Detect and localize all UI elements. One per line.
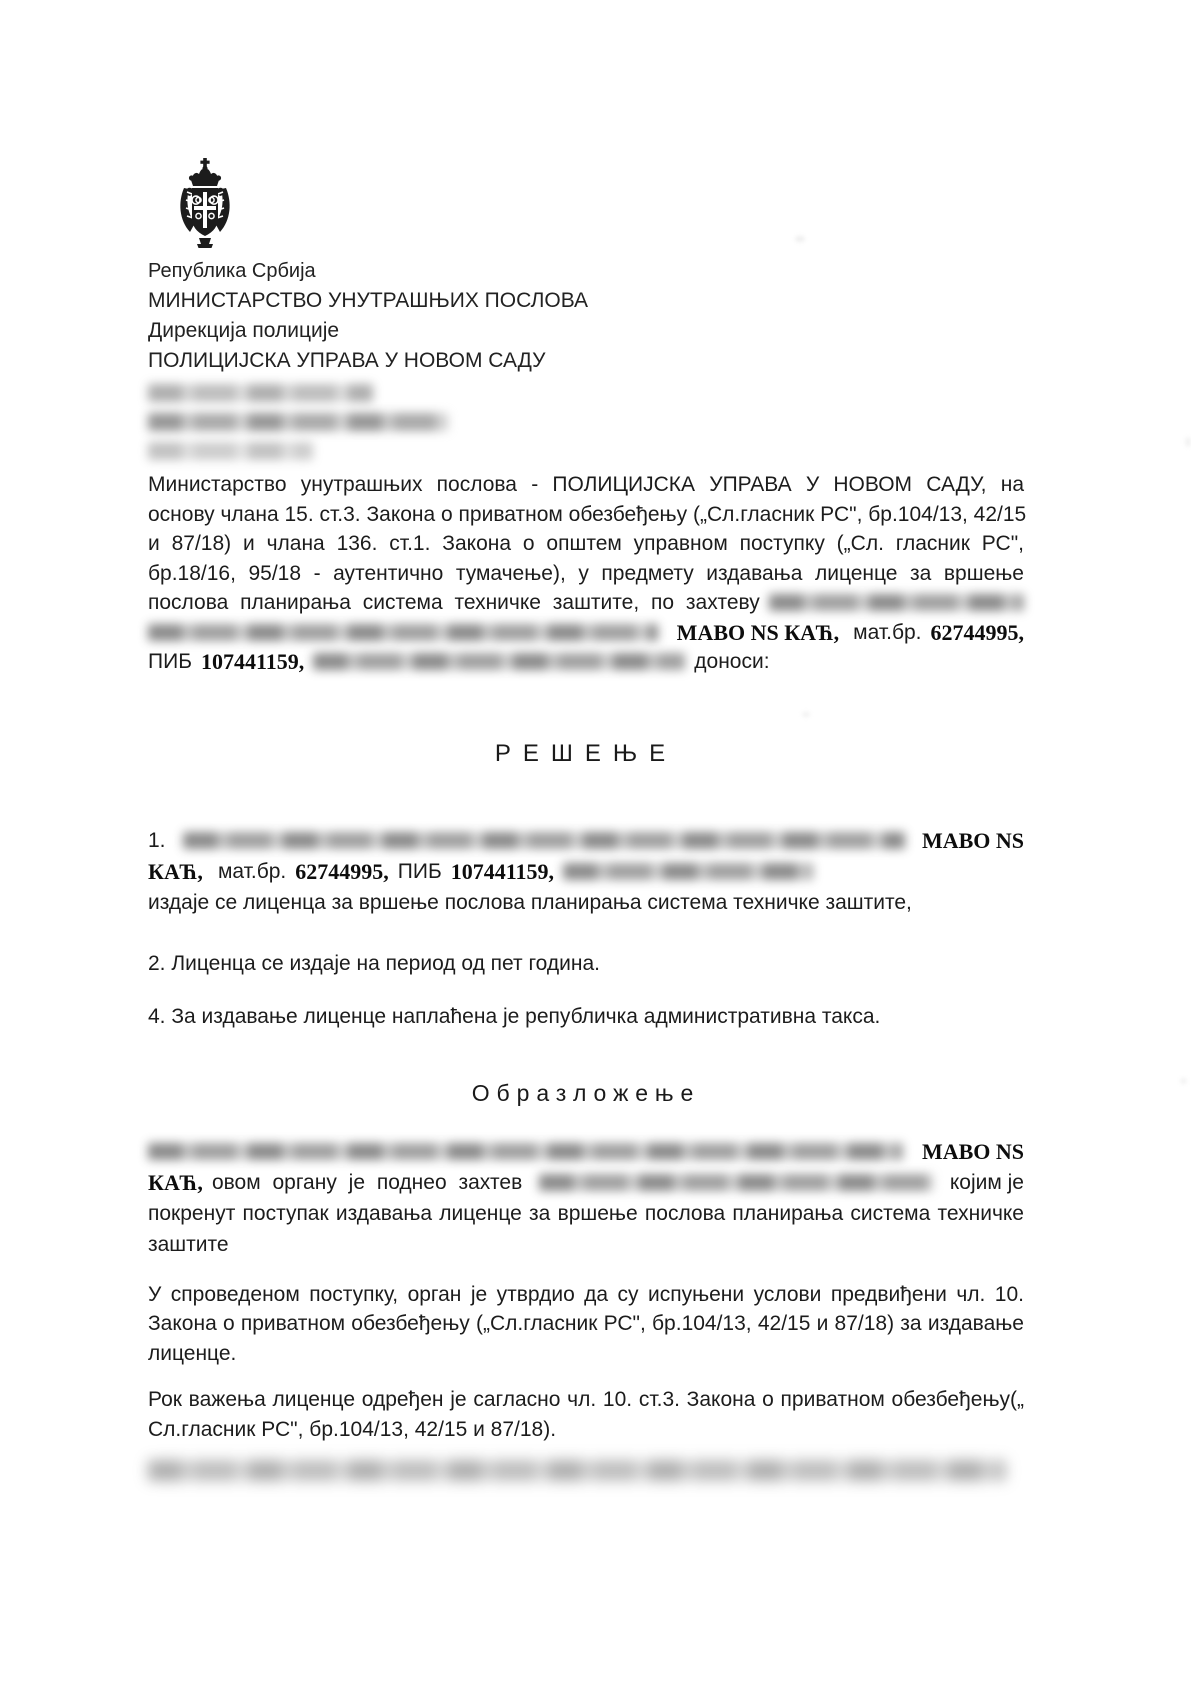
scan-speck — [1180, 1078, 1187, 1084]
explanation-line: лиценце. — [148, 1339, 1024, 1369]
explanation-text: којим је — [950, 1167, 1024, 1198]
resolution-item-4: 4. За издавање лиценце наплаћена је репу… — [148, 1001, 1024, 1032]
explanation-line: Рок важења лиценце одређен је сагласно ч… — [148, 1385, 1024, 1415]
company-name: КАЋ, — [148, 856, 203, 887]
explanation-line: Закона о приватном обезбеђењу („Сл.гласн… — [148, 1309, 1024, 1339]
intro-line: ПИБ 107441159, доноси: — [148, 647, 1024, 677]
explanation-line: заштите — [148, 1229, 1024, 1260]
document-content: Република Србија МИНИСТАРСТВО УНУТРАШЊИХ… — [148, 158, 1024, 1481]
redacted-meta-block — [148, 384, 1024, 460]
pib-label: ПИБ — [148, 647, 192, 677]
letterhead: Република Србија МИНИСТАРСТВО УНУТРАШЊИХ… — [148, 256, 1024, 376]
explanation-line: У спроведеном поступку, орган је утврдио… — [148, 1280, 1024, 1310]
intro-line: и 87/18) и члана 136. ст.1. Закона о опш… — [148, 529, 1024, 559]
pib-value: 107441159, — [451, 856, 554, 887]
intro-line: Министарство унутрашњих послова - ПОЛИЦИ… — [148, 470, 1024, 500]
intro-line: послова планирања система техничке зашти… — [148, 588, 1024, 618]
matbr-value: 62744995, — [931, 618, 1025, 648]
explanation-paragraph-2: У спроведеном поступку, орган је утврдио… — [148, 1280, 1024, 1369]
item1-line: КАЋ, мат.бр. 62744995, ПИБ 107441159, — [148, 856, 1024, 887]
letterhead-directorate: Дирекција полиције — [148, 316, 1024, 346]
letterhead-ministry: МИНИСТАРСТВО УНУТРАШЊИХ ПОСЛОВА — [148, 286, 1024, 316]
document-page: Република Србија МИНИСТАРСТВО УНУТРАШЊИХ… — [0, 0, 1191, 1683]
letterhead-country: Република Србија — [148, 256, 1024, 286]
letterhead-administration: ПОЛИЦИЈСКА УПРАВА У НОВОМ САДУ — [148, 346, 1024, 376]
company-name: МАВО NS КАЋ, — [677, 618, 840, 648]
pib-label: ПИБ — [398, 856, 442, 887]
explanation-line: Сл.гласник РС", бр.104/13, 42/15 и 87/18… — [148, 1415, 1024, 1445]
serbia-coat-of-arms-icon — [174, 158, 236, 248]
resolution-title: РЕШЕЊЕ — [148, 739, 1024, 769]
intro-line: МАВО NS КАЋ, мат.бр. 62744995, — [148, 618, 1024, 648]
explanation-paragraph-3: Рок важења лиценце одређен је сагласно ч… — [148, 1385, 1024, 1444]
redacted-place — [148, 442, 313, 460]
intro-text: послова планирања система техничке зашти… — [148, 588, 760, 618]
item1-line: 1. МАВО NS — [148, 825, 1024, 856]
scan-speck — [1185, 437, 1191, 447]
resolution-item-2: 2. Лиценца се издаје на период од пет го… — [148, 948, 1024, 979]
pib-value: 107441159, — [201, 647, 304, 677]
matbr-label: мат.бр. — [853, 618, 921, 648]
company-name: МАВО NS — [922, 1136, 1024, 1167]
explanation-line: МАВО NS — [148, 1136, 1024, 1167]
resolution-item-1: 1. МАВО NS КАЋ, мат.бр. 62744995, ПИБ 10… — [148, 825, 1024, 918]
explanation-paragraph-1: МАВО NS КАЋ, овом органу је поднео захте… — [148, 1136, 1024, 1260]
scan-speck — [795, 236, 805, 242]
explanation-line: КАЋ, овом органу је поднео захтев којим … — [148, 1167, 1024, 1198]
redacted-company-details — [183, 832, 905, 849]
redacted-applicant — [148, 624, 658, 641]
matbr-value: 62744995, — [295, 856, 389, 887]
intro-line: бр.18/16, 95/18 - аутентично тумачење), … — [148, 559, 1024, 589]
intro-paragraph: Министарство унутрашњих послова - ПОЛИЦИ… — [148, 470, 1024, 677]
redacted-address — [563, 863, 813, 880]
redacted-final-line — [148, 1460, 1006, 1481]
item1-line: издаје се лиценца за вршење послова план… — [148, 887, 1024, 918]
explanation-line: покренут поступак издавања лиценце за вр… — [148, 1198, 1024, 1229]
intro-closing: доноси: — [694, 647, 769, 677]
company-name: МАВО NS — [922, 825, 1024, 856]
explanation-title: Образложење — [148, 1078, 1024, 1108]
redacted-applicant — [769, 594, 1024, 611]
redacted-company-details — [148, 1143, 903, 1160]
redacted-request-number — [539, 1174, 933, 1191]
redacted-date — [148, 413, 448, 431]
intro-line: основу члана 15. ст.3. Закона о приватно… — [148, 500, 1024, 530]
item1-number: 1. — [148, 825, 166, 856]
redacted-request-info — [313, 653, 685, 670]
company-name: КАЋ, — [148, 1167, 203, 1198]
redacted-case-number — [148, 384, 373, 402]
explanation-text: овом органу је поднео захтев — [212, 1167, 522, 1198]
scan-speck — [802, 712, 810, 717]
matbr-label: мат.бр. — [218, 856, 286, 887]
